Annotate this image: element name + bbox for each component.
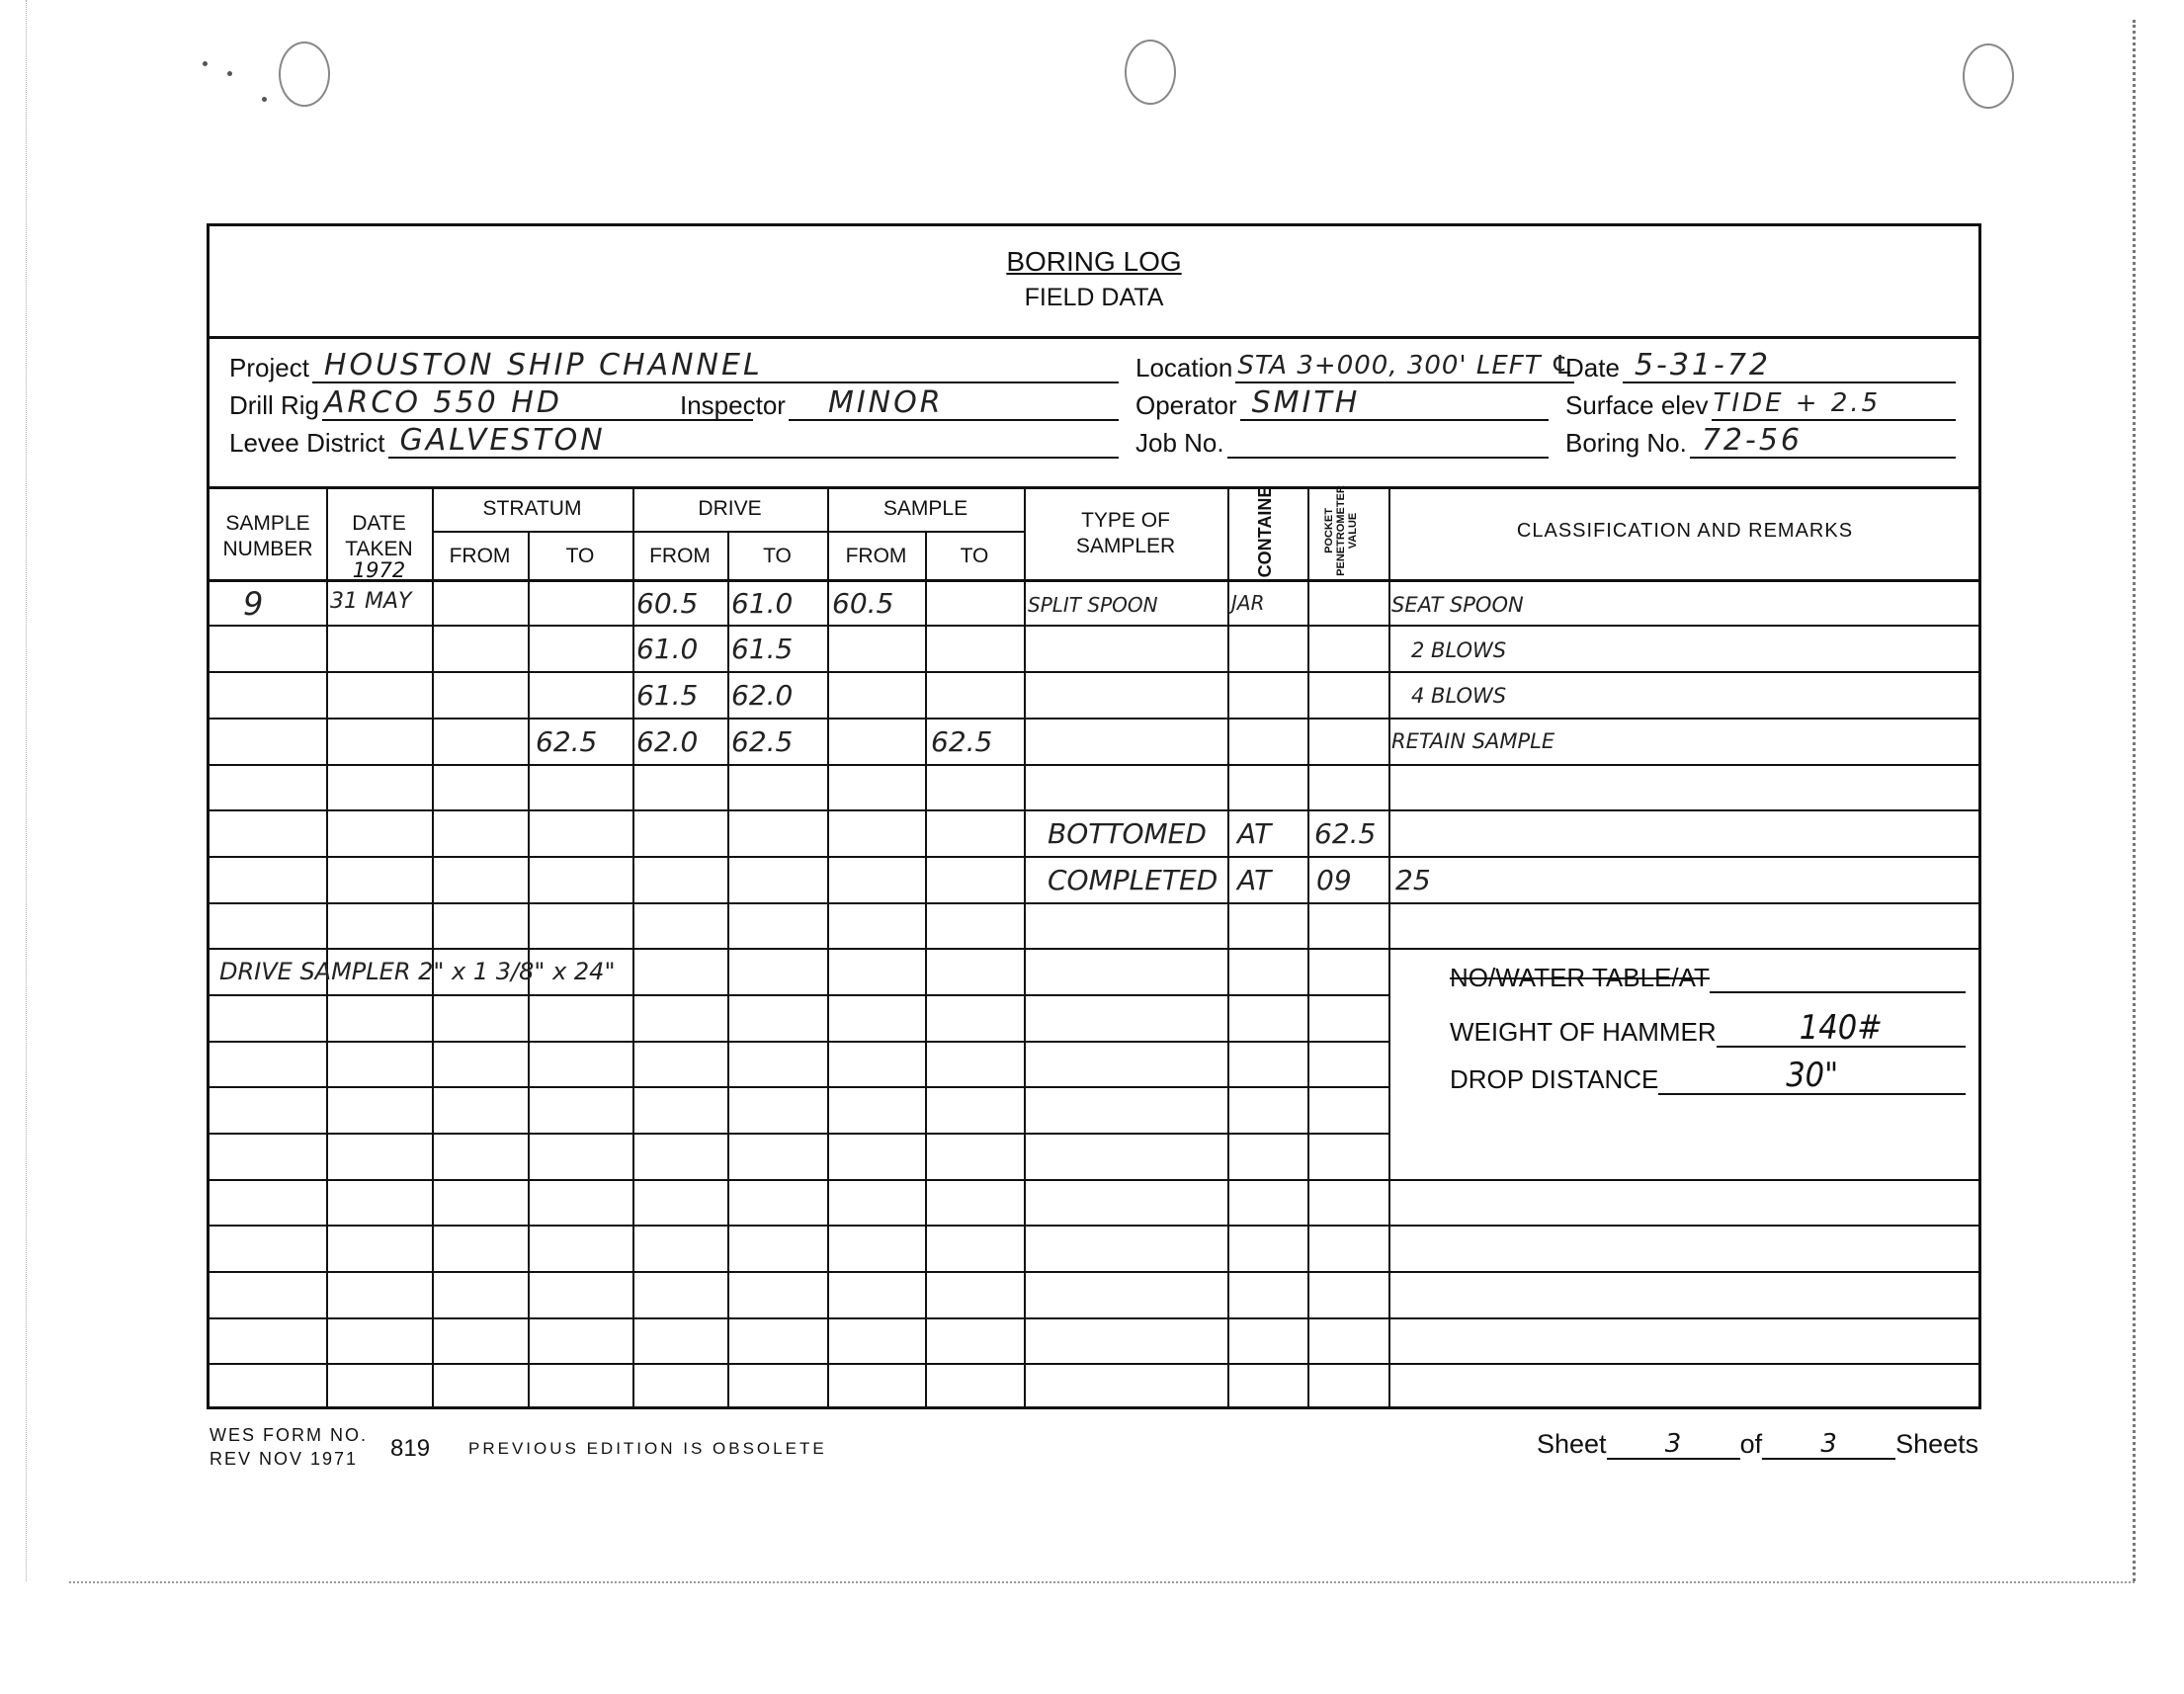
- cell-drive-from: 61.0: [636, 633, 698, 665]
- info-block: Project HOUSTON SHIP CHANNEL Location ST…: [210, 336, 1978, 489]
- surface-elev-value[interactable]: TIDE + 2.5: [1712, 387, 1956, 421]
- header-classification: CLASSIFICATION AND REMARKS: [1388, 518, 1981, 544]
- job-no-value[interactable]: [1227, 425, 1549, 459]
- date-field[interactable]: Date 5-31-72: [1565, 350, 1956, 383]
- completed-minute: 25: [1395, 864, 1431, 896]
- row-divider: [210, 1179, 1978, 1181]
- header-stratum: STRATUM: [432, 496, 632, 522]
- drill-rig-label: Drill Rig: [229, 390, 322, 421]
- header-drive-from: FROM: [632, 544, 727, 569]
- inspector-field[interactable]: Inspector MINOR: [680, 387, 1119, 421]
- date-value[interactable]: 5-31-72: [1623, 350, 1956, 383]
- drop-distance-value[interactable]: 30": [1658, 1058, 1966, 1095]
- obsolete-notice: PREVIOUS EDITION IS OBSOLETE: [468, 1439, 827, 1459]
- header-drive-to: TO: [727, 544, 827, 569]
- row-divider: [210, 1225, 1978, 1227]
- boring-no-field[interactable]: Boring No. 72-56: [1565, 425, 1956, 459]
- water-table-value[interactable]: [1710, 991, 1966, 993]
- cell-drive-from: 62.0: [636, 725, 698, 758]
- form-no-label: WES FORM NO.: [210, 1423, 368, 1447]
- row-divider: [210, 994, 1388, 996]
- header-subdivider: [432, 531, 1024, 533]
- completed-hour: 09: [1316, 864, 1352, 896]
- bottomed-note: BOTTOMED: [1048, 817, 1207, 850]
- row-divider: [210, 902, 1978, 904]
- cell-container: JAR: [1231, 591, 1264, 615]
- boring-no-label: Boring No.: [1565, 428, 1690, 459]
- cell-sample-to: 62.5: [931, 725, 992, 758]
- sheet-counter: Sheet 3 of 3 Sheets: [1537, 1429, 1978, 1460]
- cell-drive-to: 61.5: [731, 633, 793, 665]
- paper-edge-left: [26, 0, 27, 1581]
- header-sample: SAMPLE: [827, 496, 1024, 522]
- header-type-of-sampler: TYPE OFSAMPLER: [1024, 508, 1227, 559]
- form-title: BORING LOG: [210, 246, 1978, 278]
- header-drive: DRIVE: [632, 496, 827, 522]
- levee-district-field[interactable]: Levee District GALVESTON: [229, 425, 1119, 459]
- drop-distance-field[interactable]: DROP DISTANCE 30": [1450, 1058, 1966, 1095]
- row-divider: [210, 764, 1978, 766]
- water-table-field[interactable]: NO/WATER TABLE/AT: [1450, 963, 1966, 993]
- boring-log-form: BORING LOG FIELD DATA Project HOUSTON SH…: [207, 223, 1981, 1409]
- header-container: CONTAINE: [1255, 472, 1279, 591]
- hammer-weight-value[interactable]: 140#: [1717, 1010, 1966, 1048]
- cell-type-of-sampler: SPLIT SPOON: [1028, 593, 1158, 617]
- header-date-taken: DATETAKEN 1972: [326, 511, 432, 578]
- operator-value[interactable]: SMITH: [1240, 387, 1549, 421]
- row-divider: [210, 1317, 1978, 1319]
- cell-sample-from: 60.5: [832, 587, 893, 620]
- row-divider: [210, 625, 1978, 627]
- row-divider: [210, 671, 1978, 673]
- header-bottom: [210, 579, 1978, 582]
- boring-no-value[interactable]: 72-56: [1690, 425, 1956, 459]
- row-divider: [210, 809, 1978, 811]
- header-sample-to: TO: [925, 544, 1024, 569]
- location-value[interactable]: STA 3+000, 300' LEFT ℄: [1235, 350, 1574, 383]
- cell-remarks: 2 BLOWS: [1411, 638, 1506, 662]
- punch-hole-left: [279, 42, 330, 107]
- sheet-number[interactable]: 3: [1607, 1430, 1740, 1460]
- punch-hole-right: [1963, 43, 2014, 109]
- form-subtitle: FIELD DATA: [210, 284, 1978, 312]
- row-divider: [210, 1086, 1388, 1088]
- revision-date: REV NOV 1971: [210, 1447, 368, 1471]
- completed-note: COMPLETED: [1048, 864, 1218, 896]
- scan-speck: [227, 71, 232, 76]
- cell-drive-to: 61.0: [731, 587, 793, 620]
- location-label: Location: [1135, 353, 1235, 383]
- cell-remarks: 4 BLOWS: [1411, 684, 1506, 708]
- header-stratum-to: TO: [528, 544, 632, 569]
- sheets-label: Sheets: [1895, 1429, 1978, 1460]
- job-no-label: Job No.: [1135, 428, 1227, 459]
- cell-remarks: RETAIN SAMPLE: [1391, 729, 1554, 753]
- project-value[interactable]: HOUSTON SHIP CHANNEL: [312, 350, 1119, 383]
- bottomed-value: 62.5: [1314, 817, 1376, 850]
- cell-drive-from: 60.5: [636, 587, 698, 620]
- cell-sample-number: 9: [243, 585, 263, 623]
- hammer-weight-field[interactable]: WEIGHT OF HAMMER 140#: [1450, 1010, 1966, 1048]
- surface-elev-field[interactable]: Surface elev TIDE + 2.5: [1565, 387, 1956, 421]
- bottomed-at: AT: [1237, 817, 1271, 850]
- cell-drive-to: 62.5: [731, 725, 793, 758]
- sheet-label: Sheet: [1537, 1429, 1607, 1460]
- title-block: BORING LOG FIELD DATA: [210, 226, 1978, 339]
- scan-speck: [262, 97, 267, 102]
- project-field[interactable]: Project HOUSTON SHIP CHANNEL: [229, 350, 1119, 383]
- date-label: Date: [1565, 353, 1623, 383]
- drop-distance-label: DROP DISTANCE: [1450, 1064, 1658, 1095]
- levee-district-label: Levee District: [229, 428, 388, 459]
- row-divider: [210, 1271, 1978, 1273]
- operator-field[interactable]: Operator SMITH: [1135, 387, 1549, 421]
- inspector-label: Inspector: [680, 390, 789, 421]
- cell-drive-to: 62.0: [731, 679, 793, 712]
- col-divider: [925, 533, 927, 1409]
- operator-label: Operator: [1135, 390, 1240, 421]
- col-divider: [727, 533, 729, 1409]
- punch-hole-center: [1125, 40, 1176, 105]
- row-divider: [210, 948, 1978, 950]
- header-pocket-penetrometer: POCKETPENETROMETERVALUE: [1323, 469, 1373, 592]
- drive-sampler-note: DRIVE SAMPLER 2" x 1 3/8" x 24": [219, 958, 616, 985]
- row-divider: [210, 1133, 1388, 1135]
- inspector-value[interactable]: MINOR: [789, 387, 1119, 421]
- drill-rig-field[interactable]: Drill Rig ARCO 550 HD: [229, 387, 753, 421]
- log-table: SAMPLENUMBER DATETAKEN 1972 STRATUM DRIV…: [210, 486, 1978, 1409]
- header-sample-number: SAMPLENUMBER: [210, 511, 326, 562]
- row-divider: [210, 718, 1978, 720]
- cell-stratum-to: 62.5: [536, 725, 597, 758]
- row-divider: [210, 856, 1978, 858]
- header-sample-from: FROM: [827, 544, 925, 569]
- water-table-label: NO/WATER TABLE/AT: [1450, 963, 1710, 993]
- surface-elev-label: Surface elev: [1565, 390, 1712, 421]
- levee-district-value[interactable]: GALVESTON: [388, 425, 1120, 459]
- header-stratum-from: FROM: [432, 544, 528, 569]
- form-number: 819: [390, 1435, 430, 1463]
- of-label: of: [1740, 1429, 1763, 1460]
- cell-drive-from: 61.5: [636, 679, 698, 712]
- completed-at: AT: [1237, 864, 1271, 896]
- location-field[interactable]: Location STA 3+000, 300' LEFT ℄: [1135, 350, 1549, 383]
- hammer-weight-label: WEIGHT OF HAMMER: [1450, 1017, 1717, 1048]
- tractor-feed-perforation: [2133, 20, 2136, 1581]
- scan-speck: [203, 61, 208, 66]
- row-divider: [210, 1363, 1978, 1365]
- form-number-block: WES FORM NO. REV NOV 1971: [210, 1423, 368, 1471]
- job-no-field[interactable]: Job No.: [1135, 425, 1549, 459]
- row-divider: [210, 1041, 1388, 1043]
- paper-edge-bottom: [69, 1581, 2135, 1583]
- sheet-total[interactable]: 3: [1762, 1430, 1895, 1460]
- cell-date-taken: 31 MAY: [330, 589, 411, 614]
- project-label: Project: [229, 353, 312, 383]
- cell-remarks: SEAT SPOON: [1391, 593, 1524, 617]
